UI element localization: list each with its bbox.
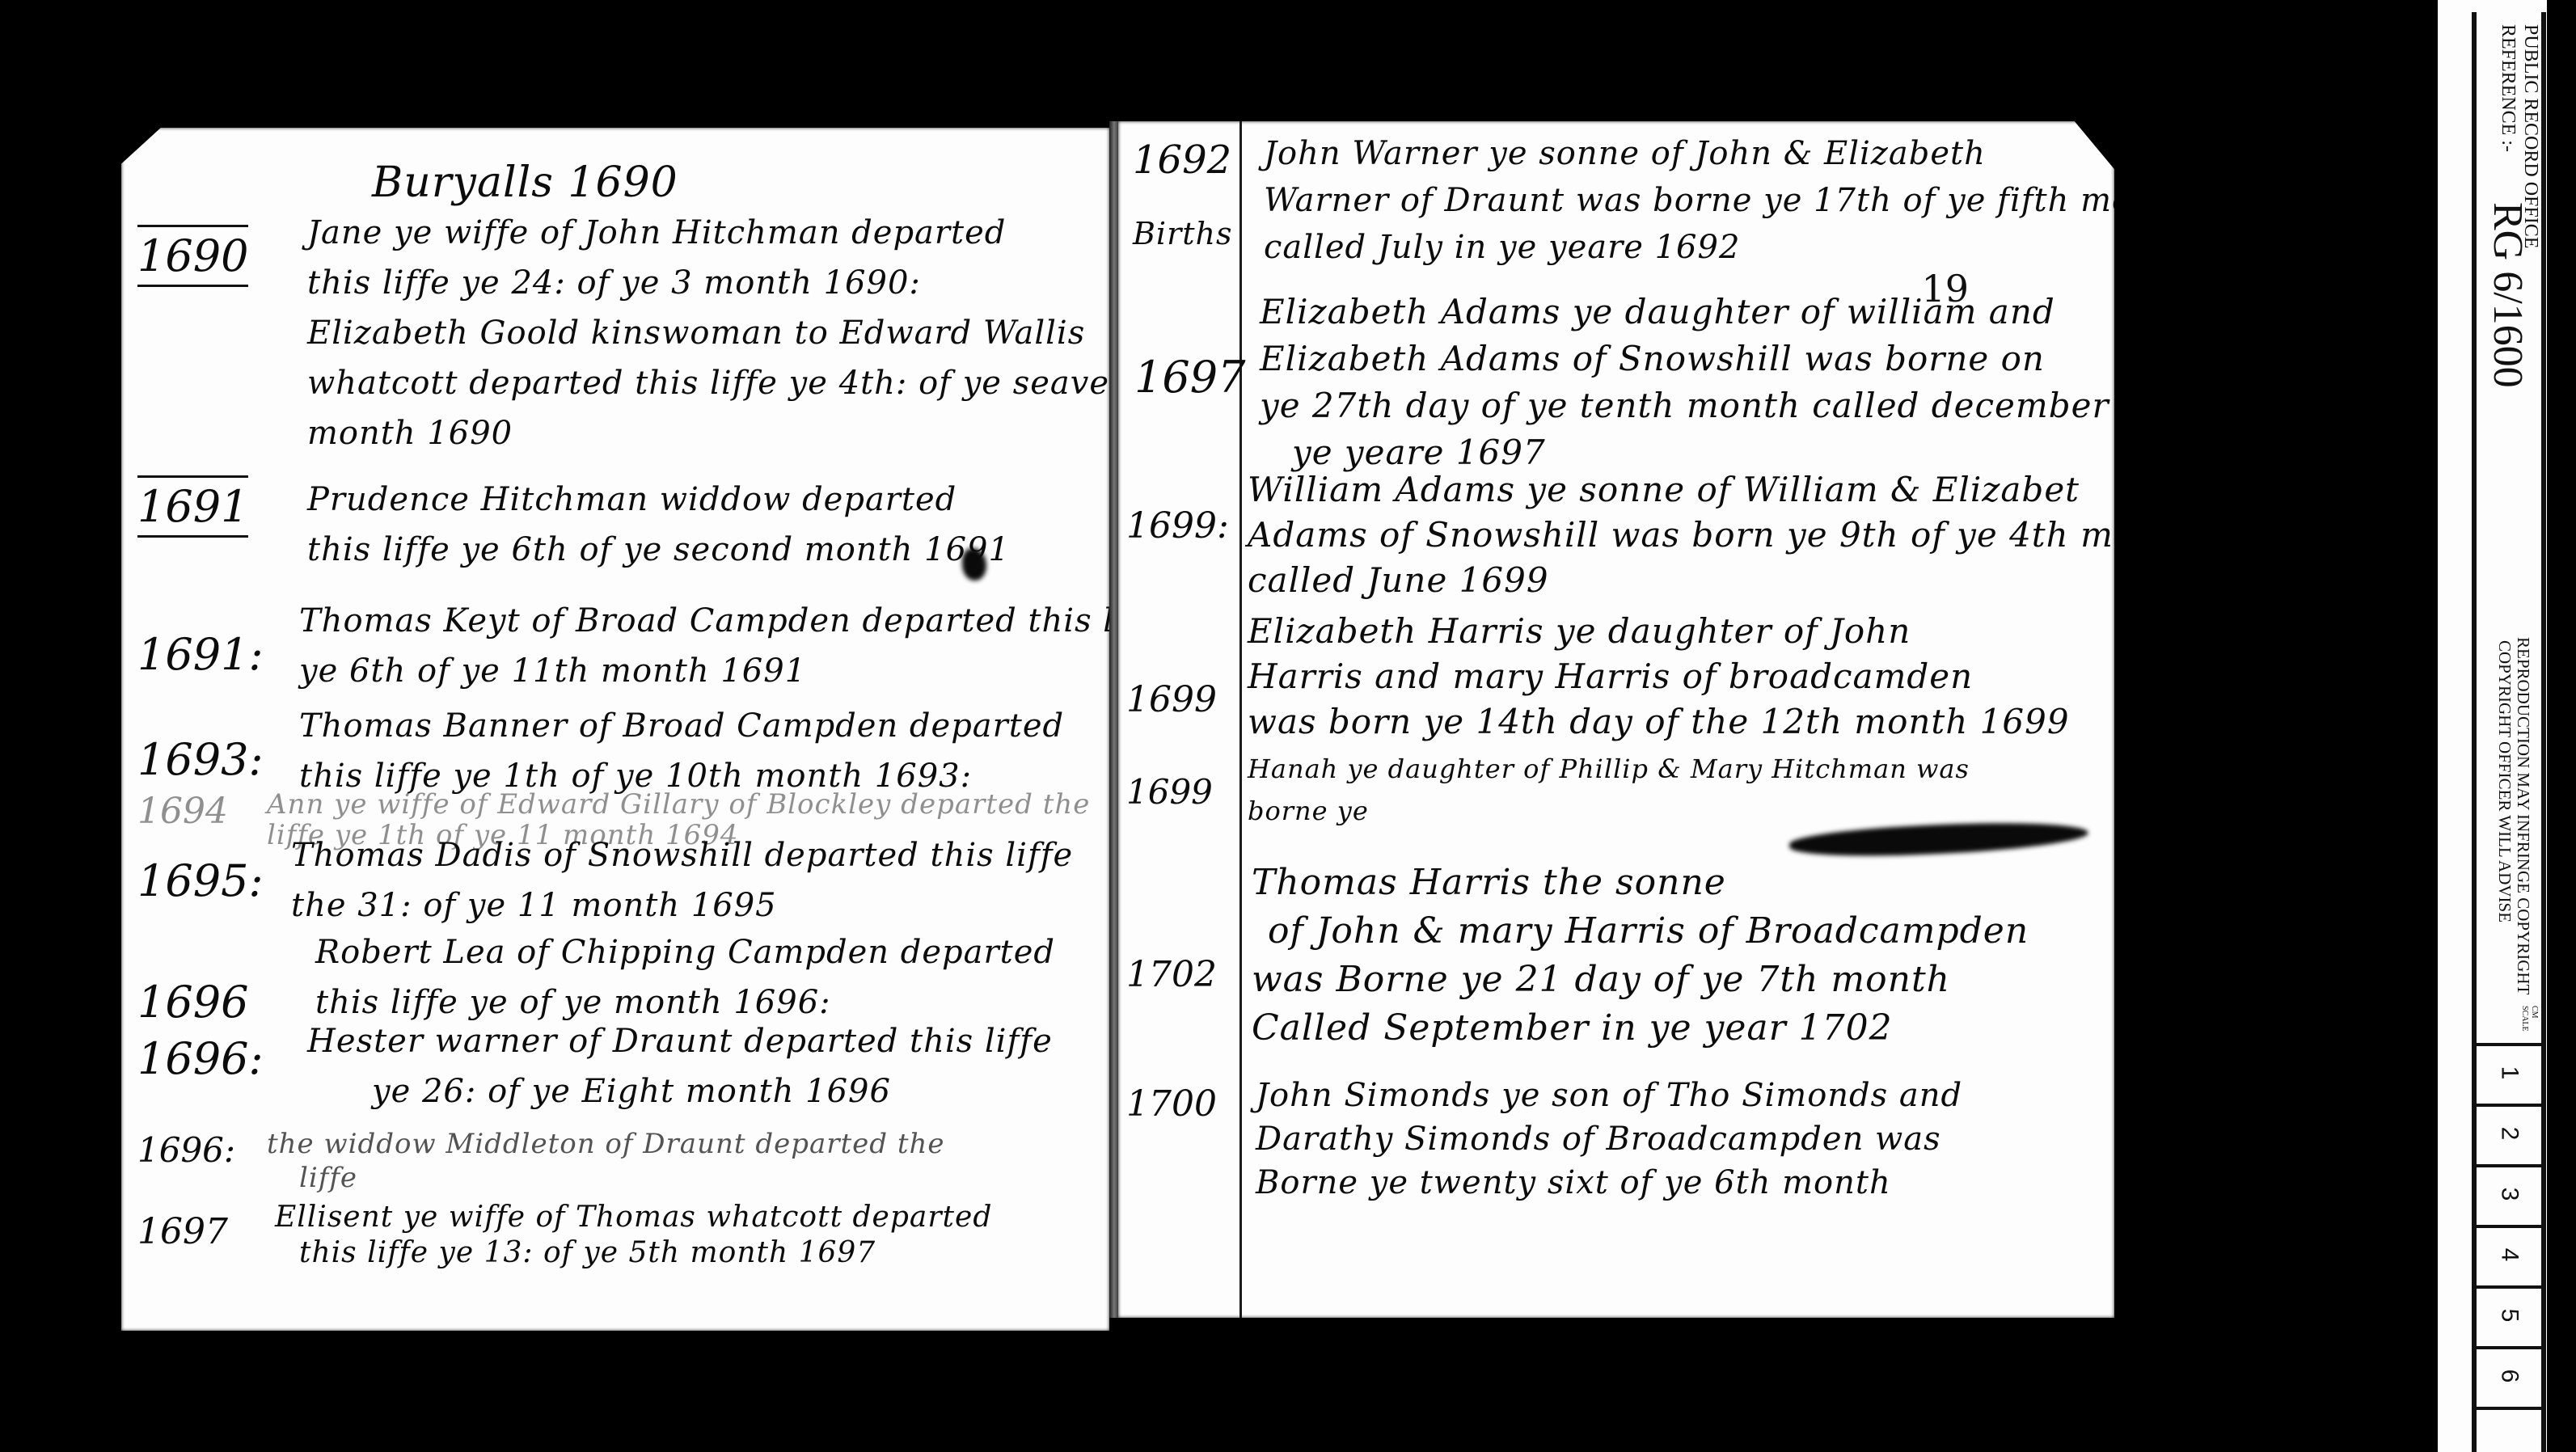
entry-line: John Simonds ye son of Tho Simonds and <box>1256 1079 1962 1112</box>
entry-line: this liffe ye 13: of ye 5th month 1697 <box>275 1239 992 1268</box>
entry-year: 1702 <box>1126 954 1217 995</box>
entry-year: 1691 <box>137 475 248 538</box>
entry-line: Hanah ye daughter of Phillip & Mary Hitc… <box>1248 756 1970 782</box>
entry-line: liffe <box>267 1164 945 1192</box>
entry-year: 1692 <box>1133 137 1231 183</box>
entry-line: William Adams ye sonne of William & Eliz… <box>1248 473 2194 507</box>
ink-blot <box>962 548 986 580</box>
entry-line: was Borne ye 21 day of ye 7th month <box>1252 962 2029 998</box>
entry-line: Elizabeth Harris ye daughter of John <box>1248 614 2070 648</box>
entry-year: 1699: <box>1126 505 1229 547</box>
entry-line: Ann ye wiffe of Edward Gillary of Blockl… <box>267 791 1090 818</box>
entry-year: 1690 <box>137 225 248 287</box>
entry-year: 1697 <box>1134 352 1245 403</box>
scale-label-cm: CM <box>2530 1006 2539 1019</box>
entry-year: 1694 <box>137 791 228 832</box>
entry-line: called June 1699 <box>1248 563 2194 597</box>
scale-number: 4 <box>2495 1248 2523 1262</box>
entry-line: Harris and mary Harris of broadcamden <box>1248 660 2070 694</box>
entry-line: whatcott departed this liffe ye 4th: of … <box>307 367 1167 399</box>
right-page-births: Births 19 1692 John Warner ye sonne of J… <box>1118 121 2114 1318</box>
entry-line: borne ye <box>1248 798 1970 824</box>
entry-year: 1691: <box>137 629 264 680</box>
entry-line: Thomas Keyt of Broad Campden departed th… <box>299 605 1171 637</box>
entry-line: was born ye 14th day of the 12th month 1… <box>1248 705 2070 739</box>
entry-line: Adams of Snowshill was born ye 9th of ye… <box>1248 518 2194 552</box>
entry-line: Called September in ye year 1702 <box>1252 1011 2029 1046</box>
scale-cell: 2 <box>2477 1104 2541 1164</box>
entry-year: 1700 <box>1126 1083 1217 1125</box>
scale-cell: 1 <box>2477 1043 2541 1104</box>
entry-year: 1695: <box>137 855 264 906</box>
reference-label: REFERENCE :- <box>2497 24 2519 152</box>
reference-strip: PUBLIC RECORD OFFICE REFERENCE :- RG 6/1… <box>2438 0 2547 1452</box>
entry-line: this liffe ye 6th of ye second month 169… <box>307 534 1010 566</box>
entry-line: Borne ye twenty sixt of ye 6th month <box>1256 1167 1962 1199</box>
entry-line: Jane ye wiffe of John Hitchman departed <box>307 217 1167 249</box>
scale-cell: 5 <box>2477 1285 2541 1346</box>
section-label: Births <box>1133 218 1233 249</box>
entry-line: this liffe ye 1th of ye 10th month 1693: <box>299 760 1064 792</box>
scale-label-scale: SCALE <box>2520 1006 2529 1032</box>
entry-line: Prudence Hitchman widdow departed <box>307 483 1010 516</box>
entry-line: Elizabeth Adams of Snowshill was borne o… <box>1260 342 2155 376</box>
entry-line: ye 6th of ye 11th month 1691 <box>299 655 1171 687</box>
entry-year: 1693: <box>137 734 264 785</box>
entry-line: ye 27th day of ye tenth month called dec… <box>1260 389 2155 423</box>
entry-line: Thomas Banner of Broad Campden departed <box>299 710 1064 742</box>
entry-line: Elizabeth Goold kinswoman to Edward Wall… <box>307 317 1167 349</box>
entry-line: Thomas Dadis of Snowshill departed this … <box>291 839 1073 872</box>
entry-line: Ellisent ye wiffe of Thomas whatcott dep… <box>275 1203 992 1232</box>
scale-number: 2 <box>2495 1127 2523 1141</box>
left-page-burials: Buryalls 1690 1690 Jane ye wiffe of John… <box>121 128 1109 1331</box>
copyright-notice-line1: REPRODUCTION MAY INFRINGE COPYRIGHT <box>2513 637 2533 994</box>
scale-number: 5 <box>2495 1309 2523 1323</box>
entry-year: 1699 <box>1126 772 1213 812</box>
entry-line: ye 26: of ye Eight month 1696 <box>307 1075 1053 1108</box>
entry-line: Thomas Harris the sonne <box>1252 865 2029 901</box>
scale-number: 3 <box>2495 1188 2523 1201</box>
entry-year: 1696: <box>137 1033 264 1084</box>
scale-number: 1 <box>2495 1066 2523 1080</box>
entry-line: month 1690 <box>307 417 1167 450</box>
copyright-notice-line2: COPYRIGHT OFFICER WILL ADVISE <box>2494 640 2515 922</box>
entry-line: Elizabeth Adams ye daughter of william a… <box>1260 295 2155 329</box>
entry-line: Hester warner of Draunt departed this li… <box>307 1025 1053 1057</box>
strip-border-right <box>2541 12 2546 1452</box>
page-heading: Buryalls 1690 <box>372 162 678 204</box>
entry-line: ye yeare 1697 <box>1260 436 2155 470</box>
entry-line: this liffe ye 24: of ye 3 month 1690: <box>307 267 1167 299</box>
scale-cell: 3 <box>2477 1164 2541 1225</box>
entry-line: the 31: of ye 11 month 1695 <box>291 889 1073 922</box>
scale-number: 6 <box>2495 1370 2523 1383</box>
entry-line: the widdow Middleton of Draunt departed … <box>267 1130 945 1158</box>
entry-line: called July in ye yeare 1692 <box>1264 231 2190 264</box>
entry-year: 1696: <box>137 1130 235 1170</box>
entry-year: 1699 <box>1126 679 1217 720</box>
scale-cell <box>2477 1407 2541 1439</box>
entry-line: this liffe ye of ye month 1696: <box>315 986 1055 1019</box>
entry-line: Darathy Simonds of Broadcampden was <box>1256 1123 1962 1155</box>
book-gutter <box>1109 121 1119 1318</box>
reference-number: RG 6/1600 <box>2484 202 2532 388</box>
entry-line: John Warner ye sonne of John & Elizabeth <box>1264 137 2190 170</box>
entry-year: 1697 <box>137 1211 228 1252</box>
entry-line: Robert Lea of Chipping Campden departed <box>315 936 1055 969</box>
entry-year: 1696 <box>137 977 248 1028</box>
scale-cell: 6 <box>2477 1346 2541 1407</box>
scale-cell: 4 <box>2477 1225 2541 1285</box>
entry-line: Warner of Draunt was borne ye 17th of ye… <box>1264 184 2190 217</box>
entry-line: of John & mary Harris of Broadcampden <box>1252 914 2029 949</box>
margin-rule <box>1239 121 1242 1318</box>
